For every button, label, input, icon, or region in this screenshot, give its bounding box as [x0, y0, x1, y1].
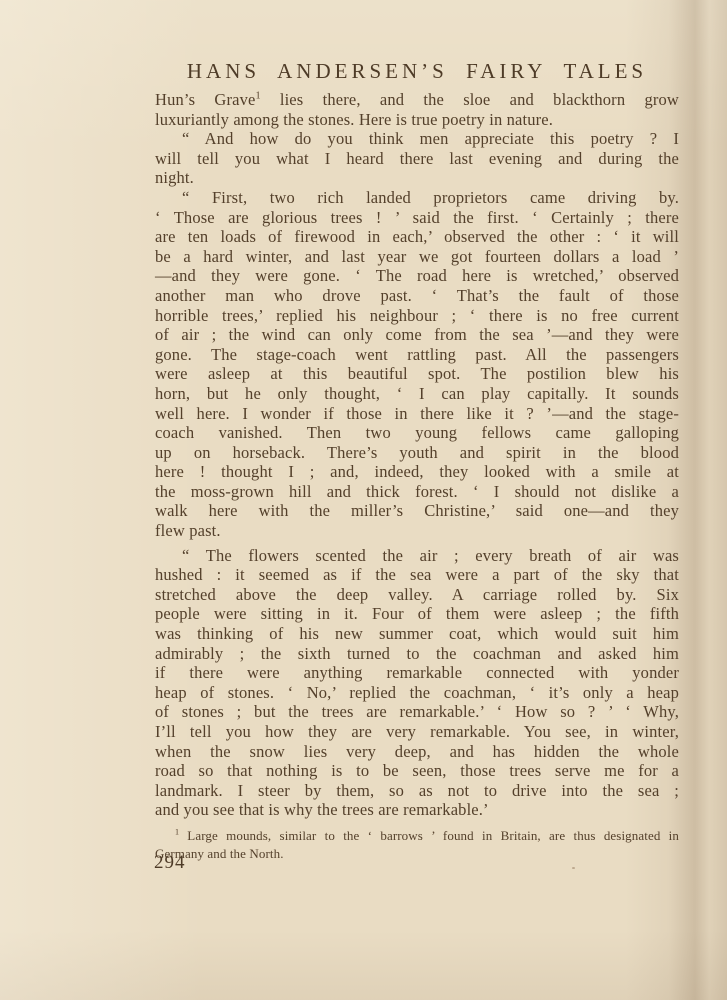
text-line: people were sitting in it. Four of them …	[155, 604, 679, 624]
text-line: up on horseback. There’s youth and spiri…	[155, 443, 679, 463]
text-line: luxuriantly among the stones. Here is tr…	[155, 110, 679, 130]
text-line: the moss-grown hill and thick forest. ‘ …	[155, 482, 679, 502]
text-line: are ten loads of firewood in each,’ obse…	[155, 227, 679, 247]
text-line: Hun’s Grave1 lies there, and the sloe an…	[155, 90, 679, 110]
text-line: of air ; the wind can only come from the…	[155, 325, 679, 345]
text-line: ‘ Those are glorious trees ! ’ said the …	[155, 208, 679, 228]
text-line: “ And how do you think men appreciate th…	[155, 129, 679, 149]
paragraph: “ First, two rich landed proprietors cam…	[155, 188, 679, 541]
running-header: HANS ANDERSEN’S FAIRY TALES	[155, 59, 679, 84]
body-text: Hun’s Grave1 lies there, and the sloe an…	[155, 90, 679, 820]
text-line: night.	[155, 168, 679, 188]
footnote-line: 1 Large mounds, similar to the ‘ barrows…	[155, 827, 679, 845]
text-line: when the snow lies very deep, and has hi…	[155, 742, 679, 762]
text-line: another man who drove past. ‘ That’s the…	[155, 286, 679, 306]
footnote-line: Germany and the North.	[155, 845, 679, 863]
text-line: gone. The stage-coach went rattling past…	[155, 345, 679, 365]
footnote-marker: 1	[175, 828, 179, 837]
text-line: if there were anything remarkable connec…	[155, 663, 679, 683]
paper-speck	[572, 867, 575, 869]
text-line: hushed : it seemed as if the sea were a …	[155, 565, 679, 585]
text-line: I’ll tell you how they are very remarkab…	[155, 722, 679, 742]
text-line: well here. I wonder if those in there li…	[155, 404, 679, 424]
text-line: coach vanished. Then two young fellows c…	[155, 423, 679, 443]
page-number: 294	[154, 852, 186, 874]
text-line: was thinking of his new summer coat, whi…	[155, 624, 679, 644]
text-line: heap of stones. ‘ No,’ replied the coach…	[155, 683, 679, 703]
text-line: stretched above the deep valley. A carri…	[155, 585, 679, 605]
text-line: and you see that is why the trees are re…	[155, 800, 679, 820]
text-line: landmark. I steer by them, so as not to …	[155, 781, 679, 801]
text-line: admirably ; the sixth turned to the coac…	[155, 644, 679, 664]
book-page: HANS ANDERSEN’S FAIRY TALES Hun’s Grave1…	[0, 0, 727, 1000]
text-line: here ! thought I ; and, indeed, they loo…	[155, 462, 679, 482]
paragraph: Hun’s Grave1 lies there, and the sloe an…	[155, 90, 679, 129]
text-line: were asleep at this beautiful spot. The …	[155, 364, 679, 384]
footnote: 1 Large mounds, similar to the ‘ barrows…	[155, 827, 679, 862]
paragraph: “ The flowers scented the air ; every br…	[155, 546, 679, 820]
paragraph: “ And how do you think men appreciate th…	[155, 129, 679, 188]
footnote-marker: 1	[255, 91, 260, 102]
text-line: will tell you what I heard there last ev…	[155, 149, 679, 169]
text-line: horrible trees,’ replied his neighbour ;…	[155, 306, 679, 326]
text-line: be a hard winter, and last year we got f…	[155, 247, 679, 267]
text-line: horn, but he only thought, ‘ I can play …	[155, 384, 679, 404]
text-line: road so that nothing is to be seen, thos…	[155, 761, 679, 781]
text-line: —and they were gone. ‘ The road here is …	[155, 266, 679, 286]
text-line: walk here with the miller’s Christine,’ …	[155, 501, 679, 521]
text-line: “ The flowers scented the air ; every br…	[155, 546, 679, 566]
text-line: “ First, two rich landed proprietors cam…	[155, 188, 679, 208]
text-line: flew past.	[155, 521, 679, 541]
text-line: of stones ; but the trees are remarkable…	[155, 702, 679, 722]
